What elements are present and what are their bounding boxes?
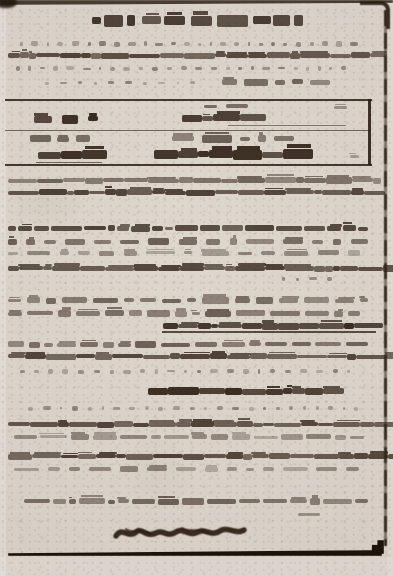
word-blob — [204, 266, 224, 270]
word-blob — [184, 42, 190, 46]
word-blob — [202, 135, 233, 143]
word-blob — [92, 17, 102, 24]
word-blob — [172, 136, 194, 141]
word-blob — [74, 190, 89, 195]
word-blob — [46, 354, 76, 360]
word-blob — [179, 239, 197, 245]
word-blob — [8, 341, 24, 347]
word-blob — [118, 499, 128, 503]
word-blob — [220, 42, 225, 46]
word-blob — [344, 323, 354, 329]
word-blob — [290, 53, 301, 58]
word-blob — [108, 225, 115, 231]
word-blob — [69, 422, 97, 426]
header-line-1 — [20, 41, 358, 47]
word-blob — [140, 369, 145, 373]
word-blob — [350, 436, 364, 440]
word-blob — [57, 137, 69, 142]
word-blob — [34, 370, 39, 373]
word-blob — [327, 226, 340, 231]
word-blob — [176, 467, 196, 471]
word-blob — [370, 53, 386, 57]
word-blob — [300, 369, 306, 372]
word-blob — [158, 407, 163, 411]
word-blob — [262, 323, 278, 330]
word-blob — [43, 266, 52, 271]
word-blob — [127, 15, 135, 26]
table-row3-mark — [350, 154, 359, 158]
word-blob — [251, 66, 254, 71]
word-blob — [32, 454, 61, 458]
table-header-mark-1 — [204, 104, 217, 109]
word-blob — [222, 225, 243, 231]
word-blob — [258, 135, 266, 142]
word-blob — [58, 422, 69, 427]
header-line-4-left — [45, 81, 195, 85]
word-blob — [79, 498, 105, 504]
word-blob — [127, 189, 151, 195]
word-blob — [72, 406, 78, 411]
word-blob — [190, 81, 195, 84]
word-blob — [60, 82, 67, 84]
word-blob — [76, 311, 100, 317]
word-blob — [347, 354, 356, 360]
word-blob — [256, 297, 273, 303]
word-blob — [40, 67, 44, 70]
word-blob — [43, 406, 51, 410]
word-blob — [20, 52, 29, 59]
paragraph-line-14 — [14, 434, 364, 440]
word-blob — [198, 323, 211, 330]
word-blob — [125, 81, 132, 84]
word-blob — [179, 177, 192, 183]
word-blob — [386, 354, 393, 358]
word-blob — [118, 343, 131, 347]
word-blob — [144, 41, 146, 46]
word-blob — [158, 82, 165, 84]
word-blob — [368, 454, 388, 459]
word-blob — [72, 41, 80, 46]
word-blob — [351, 52, 370, 57]
word-blob — [28, 407, 33, 412]
word-blob — [328, 406, 333, 409]
word-blob — [53, 66, 58, 70]
word-blob — [281, 434, 303, 440]
word-blob — [333, 266, 340, 271]
scan-smudge-top-left — [0, 0, 17, 8]
word-blob — [191, 421, 214, 427]
word-blob — [8, 53, 20, 59]
word-blob — [124, 298, 134, 302]
word-blob — [53, 499, 66, 505]
word-blob — [351, 190, 364, 195]
word-blob — [140, 298, 156, 302]
word-blob — [358, 267, 383, 271]
word-blob — [102, 406, 104, 411]
word-blob — [80, 342, 98, 348]
header-line-3 — [16, 66, 346, 71]
word-blob — [192, 312, 200, 316]
word-blob — [113, 407, 119, 410]
word-blob — [93, 298, 118, 303]
word-blob — [340, 266, 358, 271]
word-blob — [213, 114, 239, 121]
word-blob — [316, 370, 323, 373]
word-blob — [290, 499, 307, 503]
word-blob — [284, 251, 308, 256]
word-blob — [34, 116, 52, 123]
word-blob — [263, 467, 274, 471]
word-blob — [333, 239, 342, 245]
word-blob — [285, 266, 314, 271]
word-blob — [283, 43, 287, 46]
word-blob — [206, 239, 220, 245]
word-blob — [153, 454, 183, 458]
word-blob — [383, 265, 393, 271]
word-blob — [65, 239, 84, 245]
word-blob — [99, 251, 114, 256]
word-blob — [248, 42, 251, 46]
word-blob — [112, 354, 142, 358]
word-blob — [165, 227, 173, 231]
word-blob — [202, 297, 230, 304]
table-row3-left-cell — [38, 150, 100, 160]
word-blob — [204, 407, 207, 410]
word-blob — [266, 389, 283, 395]
word-blob — [221, 179, 239, 184]
word-blob — [263, 423, 275, 427]
word-blob — [114, 42, 120, 47]
word-blob — [82, 150, 107, 159]
table-header-mark-3 — [334, 105, 347, 109]
word-blob — [76, 354, 95, 358]
scanned-document-page — [0, 0, 393, 576]
word-blob — [314, 266, 325, 272]
word-blob — [67, 191, 74, 196]
word-blob — [252, 454, 268, 458]
word-blob — [123, 370, 130, 373]
word-blob — [158, 499, 179, 505]
word-blob — [304, 297, 330, 303]
word-blob — [84, 226, 106, 231]
word-blob — [265, 342, 287, 346]
word-blob — [143, 82, 147, 85]
paragraph-line-6 — [8, 265, 370, 272]
word-blob — [373, 178, 381, 184]
word-blob — [294, 67, 298, 71]
word-blob — [210, 42, 212, 46]
word-blob — [265, 266, 285, 270]
word-blob — [265, 177, 296, 183]
word-blob — [346, 342, 368, 346]
word-blob — [319, 323, 345, 330]
word-blob — [296, 278, 299, 281]
word-blob — [274, 423, 300, 427]
word-blob — [360, 422, 374, 427]
word-blob — [312, 240, 323, 244]
word-blob — [263, 407, 266, 410]
word-blob — [276, 407, 280, 410]
word-blob — [226, 67, 230, 70]
word-blob — [124, 178, 148, 182]
word-blob — [246, 239, 274, 244]
word-blob — [44, 343, 52, 347]
word-blob — [314, 454, 340, 459]
word-blob — [20, 370, 25, 373]
word-blob — [327, 355, 347, 359]
word-blob — [351, 239, 368, 244]
table-border-right — [368, 99, 371, 165]
word-blob — [240, 114, 266, 121]
word-blob — [78, 454, 97, 459]
word-blob — [186, 190, 215, 195]
word-blob — [326, 177, 352, 183]
word-blob — [341, 66, 346, 70]
scan-edge-corner-blob — [362, 540, 384, 554]
word-blob — [348, 250, 360, 256]
word-blob — [104, 15, 123, 27]
title-line — [95, 14, 307, 27]
word-blob — [178, 151, 198, 158]
word-blob — [120, 435, 147, 438]
word-blob — [316, 467, 337, 471]
emphasis-underline — [162, 331, 376, 333]
word-blob — [36, 53, 59, 57]
table-rule-top — [5, 99, 372, 101]
word-blob — [69, 499, 76, 505]
word-blob — [58, 310, 71, 317]
word-blob — [204, 105, 217, 108]
word-blob — [165, 191, 186, 195]
table-row2-center-cell — [172, 134, 294, 143]
word-blob — [8, 266, 19, 271]
word-blob — [154, 150, 178, 159]
word-blob — [318, 250, 339, 255]
word-blob — [270, 311, 300, 317]
word-blob — [180, 266, 205, 271]
word-blob — [306, 434, 331, 438]
paragraph-line-16 — [14, 466, 359, 472]
right-margin-strip — [387, 0, 393, 576]
word-blob — [334, 311, 343, 317]
word-blob — [47, 42, 49, 46]
word-blob — [249, 407, 254, 411]
word-blob — [142, 16, 161, 24]
word-blob — [258, 369, 260, 374]
word-blob — [192, 434, 207, 439]
word-blob — [147, 310, 170, 316]
word-blob — [129, 310, 143, 316]
word-blob — [250, 353, 267, 359]
word-blob — [215, 53, 226, 57]
word-blob — [346, 467, 359, 470]
word-blob — [48, 467, 60, 472]
word-blob — [339, 454, 354, 459]
word-blob — [310, 42, 314, 47]
word-blob — [134, 266, 158, 271]
word-blob — [217, 406, 223, 410]
word-blob — [143, 355, 170, 359]
paragraph-line-5 — [8, 250, 360, 256]
word-blob — [232, 434, 251, 440]
word-blob — [8, 299, 21, 303]
word-blob — [246, 468, 254, 471]
word-blob — [197, 370, 202, 373]
word-blob — [300, 53, 330, 58]
word-blob — [299, 323, 319, 328]
word-blob — [60, 53, 81, 59]
word-blob — [105, 189, 116, 195]
word-blob — [123, 67, 130, 72]
word-blob — [61, 455, 78, 459]
page-edge-top-line — [0, 0, 393, 5]
word-blob — [193, 178, 221, 183]
word-blob — [261, 251, 275, 256]
word-blob — [167, 370, 175, 373]
word-blob — [120, 240, 138, 244]
word-blob — [101, 53, 129, 59]
word-blob — [204, 454, 226, 458]
word-blob — [76, 135, 90, 142]
word-blob — [211, 324, 218, 328]
word-blob — [60, 407, 62, 410]
word-blob — [343, 407, 345, 410]
word-blob — [184, 251, 192, 254]
word-blob — [94, 370, 101, 373]
word-blob — [233, 150, 262, 160]
word-blob — [132, 499, 155, 503]
word-blob — [290, 454, 314, 458]
word-blob — [292, 342, 311, 346]
word-blob — [170, 353, 180, 358]
word-blob — [62, 297, 86, 303]
word-blob — [227, 355, 250, 359]
word-blob — [263, 499, 287, 503]
word-blob — [199, 388, 225, 393]
emphasis-underlined-segment — [163, 322, 375, 330]
word-blob — [8, 226, 16, 232]
word-blob — [278, 67, 285, 70]
word-blob — [297, 355, 327, 359]
word-blob — [93, 435, 117, 440]
word-blob — [60, 251, 69, 255]
word-blob — [105, 267, 134, 271]
word-blob — [310, 80, 330, 85]
word-blob — [99, 67, 101, 70]
word-blob — [279, 298, 297, 303]
word-blob — [348, 311, 360, 316]
word-blob — [152, 190, 165, 194]
word-blob — [45, 82, 49, 84]
word-blob — [164, 435, 189, 439]
word-blob — [183, 454, 204, 460]
word-blob — [301, 422, 318, 426]
word-blob — [217, 15, 248, 27]
word-blob — [314, 190, 323, 194]
word-blob — [8, 179, 37, 183]
word-blob — [28, 66, 31, 70]
word-blob — [262, 152, 284, 158]
word-blob — [161, 343, 191, 347]
header-line-2 — [8, 52, 352, 59]
word-blob — [278, 323, 299, 330]
word-blob — [243, 454, 253, 460]
paragraph-line-12 — [28, 406, 358, 411]
word-blob — [259, 43, 263, 46]
word-blob — [20, 42, 23, 46]
word-blob — [275, 80, 285, 85]
table-header-mark-2 — [226, 103, 248, 109]
word-blob — [66, 66, 74, 70]
word-blob — [158, 267, 180, 271]
word-blob — [355, 499, 368, 503]
word-blob — [62, 115, 78, 124]
footnote-mark — [298, 513, 320, 517]
word-blob — [305, 388, 323, 395]
word-blob — [336, 41, 342, 47]
word-blob — [253, 423, 263, 427]
paragraph-line-13 — [8, 421, 372, 428]
word-blob — [298, 513, 320, 516]
word-blob — [283, 388, 292, 395]
word-blob — [360, 298, 368, 302]
word-blob — [147, 467, 167, 471]
word-blob — [205, 467, 219, 471]
word-blob — [133, 423, 149, 427]
word-blob — [333, 369, 338, 373]
word-blob — [167, 67, 172, 70]
word-blob — [211, 434, 229, 440]
word-blob — [168, 387, 199, 395]
word-blob — [19, 266, 43, 270]
word-blob — [8, 252, 18, 256]
word-blob — [181, 66, 187, 70]
word-blob — [214, 422, 237, 426]
word-blob — [8, 422, 30, 426]
word-blob — [24, 499, 50, 504]
word-blob — [129, 54, 160, 58]
word-blob — [48, 369, 52, 373]
word-blob — [335, 299, 354, 303]
word-blob — [62, 369, 68, 374]
word-blob — [57, 343, 76, 347]
table-row3-center-cell — [154, 149, 300, 160]
word-blob — [364, 191, 385, 195]
word-blob — [248, 54, 268, 58]
word-blob — [34, 226, 49, 230]
word-blob — [29, 53, 36, 59]
word-blob — [89, 191, 104, 195]
word-blob — [191, 16, 212, 26]
word-blob — [8, 191, 39, 196]
word-blob — [350, 42, 357, 46]
word-blob — [27, 251, 50, 254]
page-edge-right-line — [384, 10, 387, 546]
word-blob — [294, 15, 302, 26]
word-blob — [209, 150, 233, 158]
word-blob — [195, 342, 218, 347]
word-blob — [155, 369, 158, 374]
word-blob — [114, 421, 133, 428]
paragraph-line-10 — [8, 353, 370, 360]
word-blob — [139, 67, 144, 70]
word-blob — [88, 42, 91, 46]
word-blob — [352, 178, 373, 183]
word-blob — [78, 370, 85, 373]
word-blob — [222, 342, 245, 348]
word-blob — [91, 53, 101, 59]
word-blob — [171, 42, 176, 45]
